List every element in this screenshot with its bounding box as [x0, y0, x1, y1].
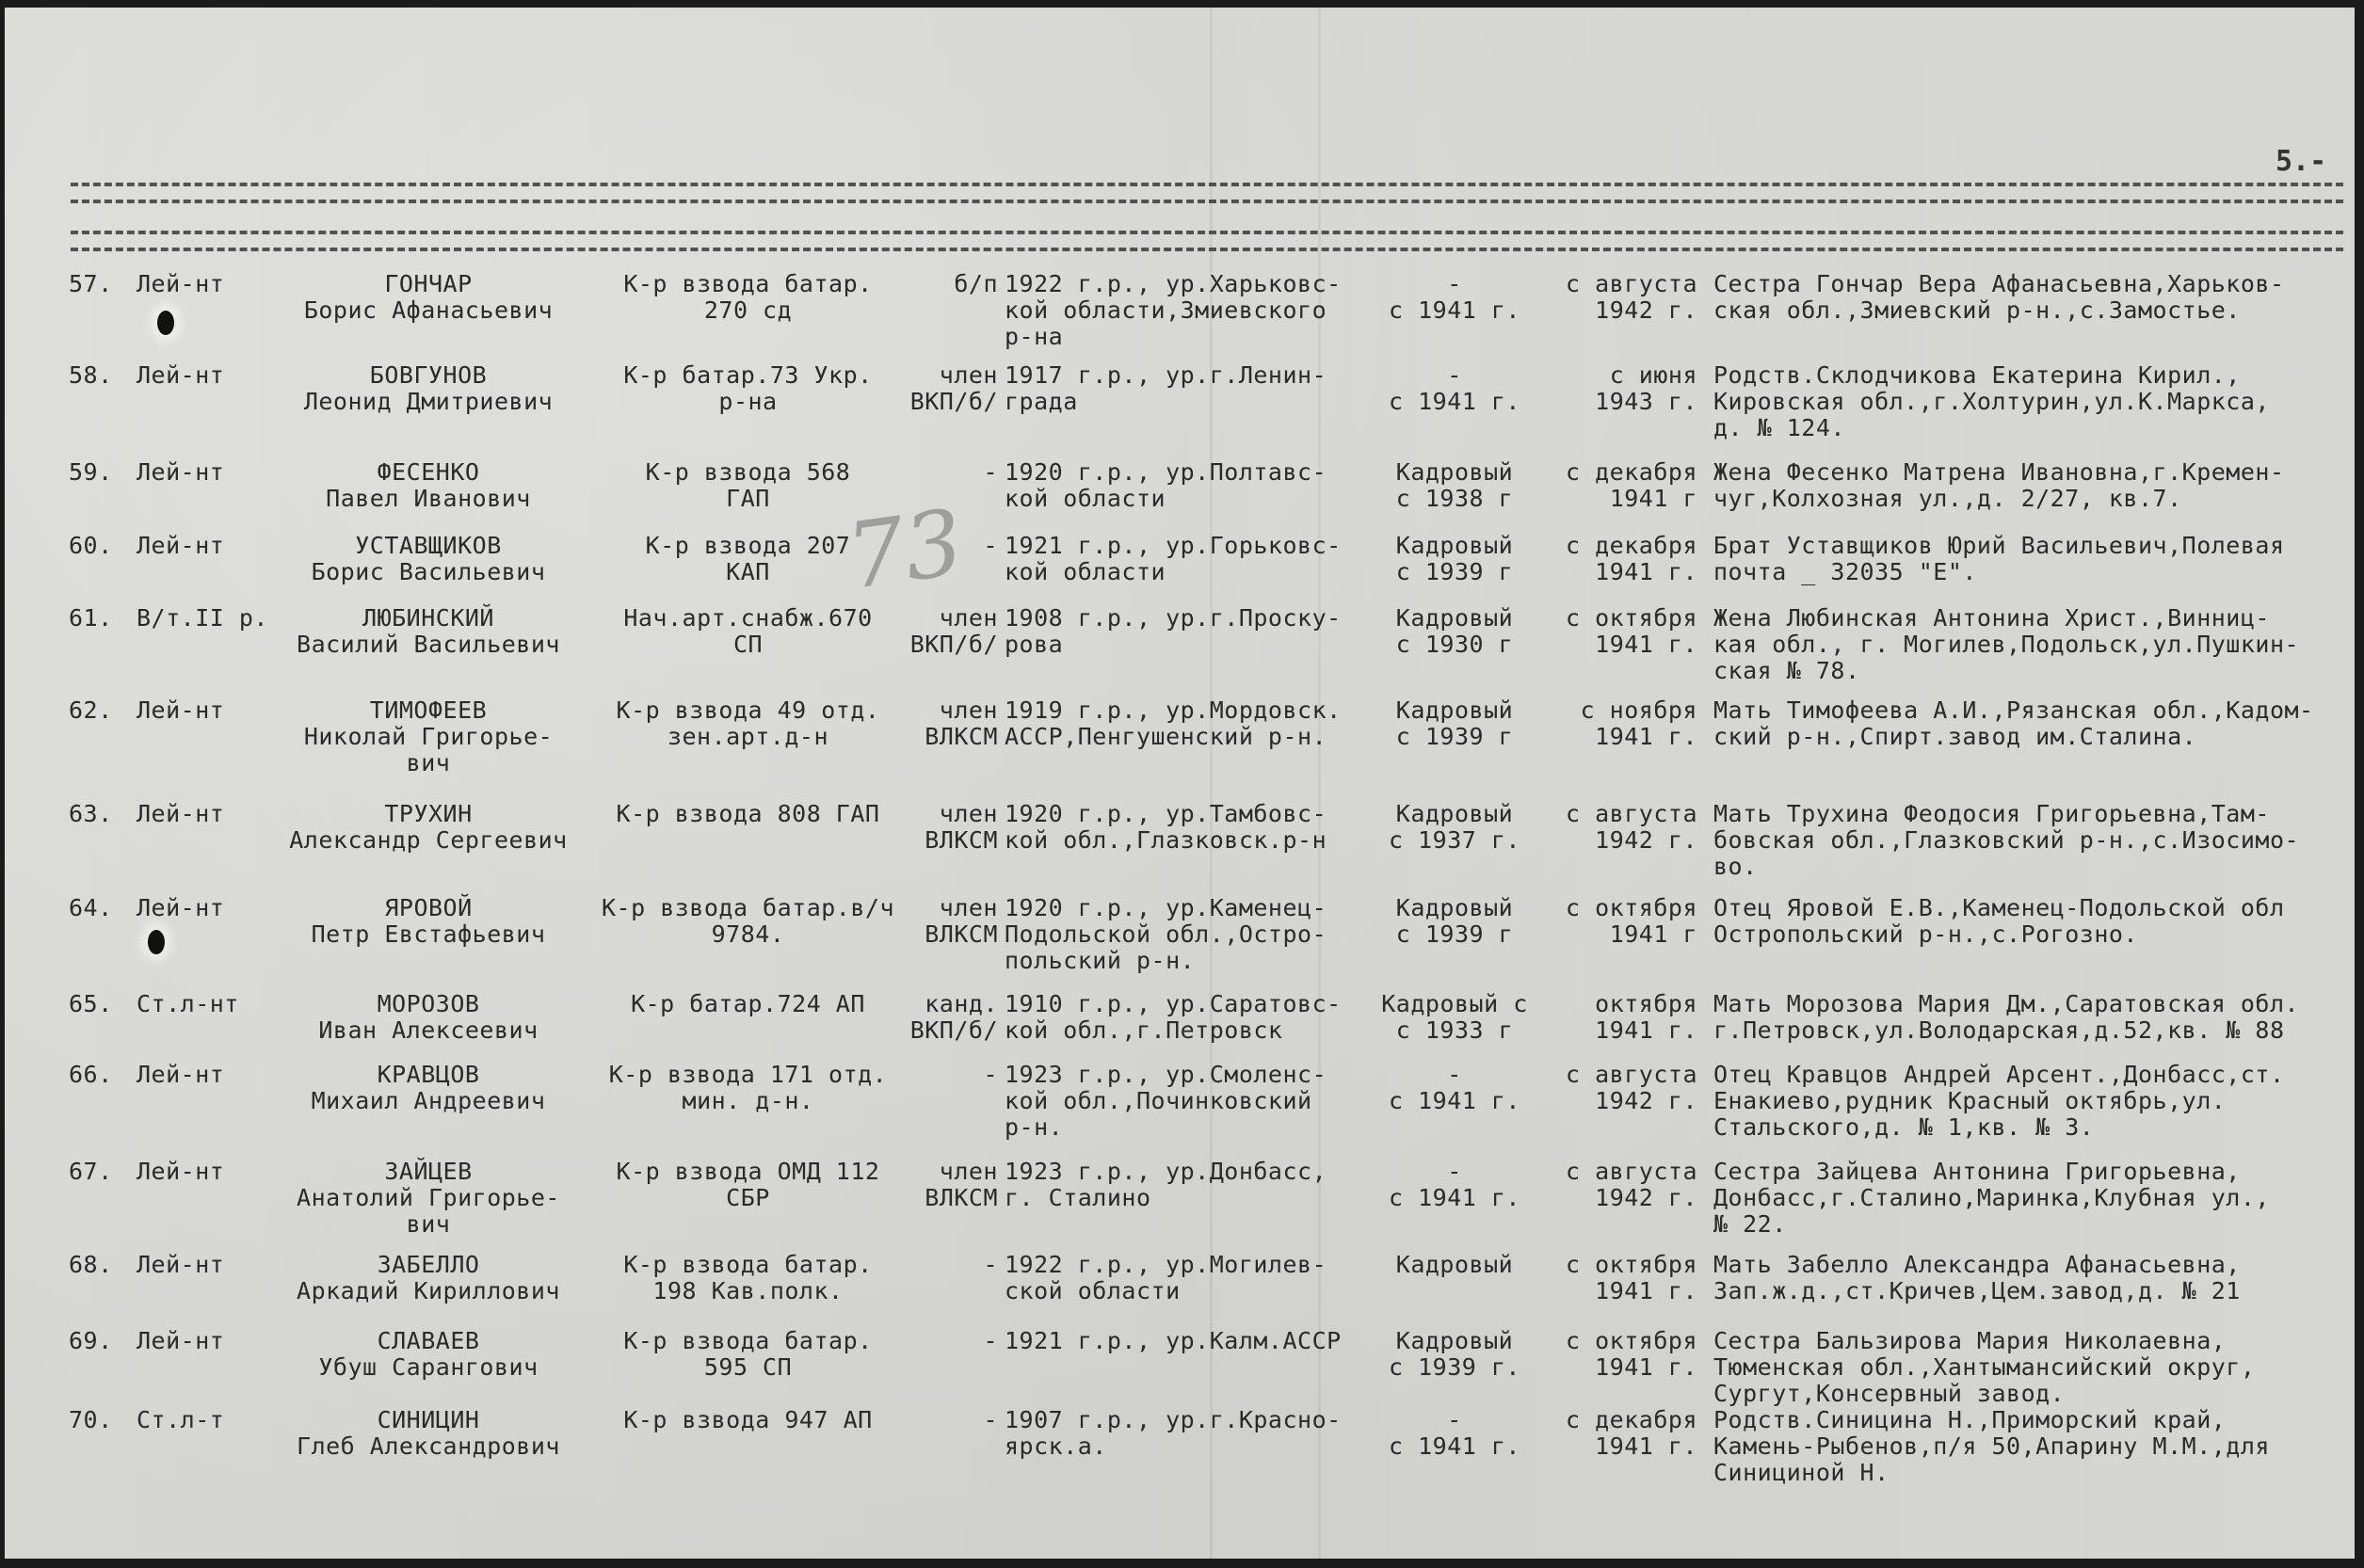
unit: К-р взвода 568ГАП — [590, 459, 906, 512]
given-name-patronymic: Глеб Александрович — [259, 1433, 598, 1460]
birth-info-line: р-на — [1005, 324, 1376, 350]
relatives-address-line: Сестра Гончар Вера Афанасьевна,Харьков- — [1713, 271, 2354, 297]
relatives-address-line: Сестра Зайцева Антонина Григорьевна, — [1713, 1159, 2354, 1185]
front-since-line: 1942 г. — [1537, 1185, 1697, 1211]
birth-info: 1920 г.р., ур.Тамбовс-кой обл.,Глазковск… — [1005, 801, 1376, 854]
rank: Лей-нт — [137, 1252, 224, 1278]
rank: Лей-нт — [137, 801, 224, 827]
relatives-address-line: Мать Трухина Феодосия Григорьевна,Там- — [1713, 801, 2354, 827]
unit-line: К-р взвода 947 АП — [590, 1407, 906, 1433]
birth-info-line: 1923 г.р., ур.Донбасс, — [1005, 1159, 1376, 1185]
cadre-status-line: с 1941 г. — [1379, 1088, 1530, 1114]
cadre-status-line: с 1941 г. — [1379, 297, 1530, 324]
birth-info: 1922 г.р., ур.Могилев-ской области — [1005, 1252, 1376, 1304]
relatives-address-line: Камень-Рыбенов,п/я 50,Апарину М.М.,для — [1713, 1433, 2354, 1460]
birth-info-line: польский р-н. — [1005, 948, 1376, 974]
surname: ТРУХИН — [259, 801, 598, 827]
front-since-line: с октября — [1537, 1328, 1697, 1354]
rank: Лей-нт — [137, 895, 224, 921]
full-name: ЛЮБИНСКИЙВасилий Васильевич — [259, 605, 598, 658]
birth-info: 1919 г.р., ур.Мордовск.АССР,Пенгушенский… — [1005, 697, 1376, 750]
relatives-address-line: Сестра Бальзирова Мария Николаевна, — [1713, 1328, 2354, 1354]
cadre-status-line: Кадровый — [1379, 459, 1530, 486]
relatives-address-line: почта _ 32035 "Е". — [1713, 559, 2354, 585]
given-name-patronymic: Петр Евстафьевич — [259, 921, 598, 948]
front-since: с ноября1941 г. — [1537, 697, 1697, 750]
unit: К-р взвода батар.270 сд — [590, 271, 906, 324]
given-name-patronymic: Аркадий Кириллович — [259, 1278, 598, 1304]
front-since: с октября1941 г — [1537, 895, 1697, 948]
full-name: ЗАБЕЛЛОАркадий Кириллович — [259, 1252, 598, 1304]
party-status: членВКП/б/ — [876, 605, 998, 658]
unit: К-р взвода 808 ГАП — [590, 801, 906, 827]
relatives-address: Жена Фесенко Матрена Ивановна,г.Кремен-ч… — [1713, 459, 2354, 512]
cadre-status-line: - — [1379, 271, 1530, 297]
row-number: 64. — [69, 895, 113, 921]
front-since-line: 1941 г. — [1537, 1433, 1697, 1460]
relatives-address-line: Остропольский р-н.,с.Рогозно. — [1713, 921, 2354, 948]
surname: ЗАБЕЛЛО — [259, 1252, 598, 1278]
given-name-patronymic: Павел Иванович — [259, 486, 598, 512]
birth-info: 1920 г.р., ур.Полтавс-кой области — [1005, 459, 1376, 512]
party-status: - — [876, 459, 998, 486]
given-name-patronymic: Анатолий Григорье- — [259, 1185, 598, 1211]
relatives-address-line: Брат Уставщиков Юрий Васильевич,Полевая — [1713, 533, 2354, 559]
birth-info: 1907 г.р., ур.г.Красно-ярск.а. — [1005, 1407, 1376, 1460]
front-since: с августа1942 г. — [1537, 271, 1697, 324]
birth-info-line: 1907 г.р., ур.г.Красно- — [1005, 1407, 1376, 1433]
party-status-line: ВКП/б/ — [876, 389, 998, 415]
relatives-address-line: Тюменская обл.,Хантымансийский округ, — [1713, 1354, 2354, 1381]
front-since-line: с декабря — [1537, 459, 1697, 486]
given-name-patronymic: Василий Васильевич — [259, 632, 598, 658]
surname: БОВГУНОВ — [259, 362, 598, 389]
cadre-status-line: Кадровый — [1379, 1252, 1530, 1278]
front-since: с августа1942 г. — [1537, 1062, 1697, 1114]
given-name-patronymic: Леонид Дмитриевич — [259, 389, 598, 415]
given-name-patronymic: Борис Васильевич — [259, 559, 598, 585]
cadre-status: Кадровыйс 1939 г — [1379, 697, 1530, 750]
front-since-line: с ноября — [1537, 697, 1697, 724]
unit-line: 595 СП — [590, 1354, 906, 1381]
front-since: с июня1943 г. — [1537, 362, 1697, 415]
surname: ФЕСЕНКО — [259, 459, 598, 486]
cadre-status-line: с 1933 г — [1379, 1017, 1530, 1044]
party-status: канд.ВКП/б/ — [876, 991, 998, 1044]
unit: К-р взвода 49 отд.зен.арт.д-н — [590, 697, 906, 750]
unit: К-р взвода батар.595 СП — [590, 1328, 906, 1381]
full-name: СИНИЦИНГлеб Александрович — [259, 1407, 598, 1460]
unit-line: Нач.арт.снабж.670 — [590, 605, 906, 632]
relatives-address-line: Жена Любинская Антонина Христ.,Винниц- — [1713, 605, 2354, 632]
given-name-patronymic: вич — [259, 750, 598, 776]
row-number: 69. — [69, 1328, 113, 1354]
party-status-line: член — [876, 362, 998, 389]
full-name: ТИМОФЕЕВНиколай Григорье-вич — [259, 697, 598, 776]
cadre-status-line: с 1941 г. — [1379, 1433, 1530, 1460]
given-name-patronymic: Убуш Сарангович — [259, 1354, 598, 1381]
birth-info-line: кой области,Змиевского — [1005, 297, 1376, 324]
unit: Нач.арт.снабж.670СП — [590, 605, 906, 658]
front-since-line: с декабря — [1537, 533, 1697, 559]
party-status-line: б/п — [876, 271, 998, 297]
relatives-address: Родств.Склодчикова Екатерина Кирил.,Киро… — [1713, 362, 2354, 441]
birth-info-line: 1920 г.р., ур.Полтавс- — [1005, 459, 1376, 486]
party-status-line: - — [876, 1407, 998, 1433]
row-number: 59. — [69, 459, 113, 486]
birth-info: 1908 г.р., ур.г.Проску-рова — [1005, 605, 1376, 658]
birth-info-line: кой обл.,г.Петровск — [1005, 1017, 1376, 1044]
surname: ЛЮБИНСКИЙ — [259, 605, 598, 632]
rank: Лей-нт — [137, 362, 224, 389]
relatives-address-line: Родств.Склодчикова Екатерина Кирил., — [1713, 362, 2354, 389]
unit-line: К-р батар.73 Укр. — [590, 362, 906, 389]
party-status-line: ВЛКСМ — [876, 724, 998, 750]
cadre-status-line: с 1939 г — [1379, 724, 1530, 750]
cadre-status-line: Кадровый с — [1379, 991, 1530, 1017]
front-since-line: 1942 г. — [1537, 1088, 1697, 1114]
unit-line: К-р взвода батар.в/ч — [590, 895, 906, 921]
birth-info-line: р-н. — [1005, 1114, 1376, 1141]
birth-info-line: 1919 г.р., ур.Мордовск. — [1005, 697, 1376, 724]
front-since-line: 1942 г. — [1537, 297, 1697, 324]
birth-info-line: 1908 г.р., ур.г.Проску- — [1005, 605, 1376, 632]
unit-line: ГАП — [590, 486, 906, 512]
unit-line: К-р батар.724 АП — [590, 991, 906, 1017]
relatives-address-line: бовская обл.,Глазковский р-н.,с.Изосимо- — [1713, 827, 2354, 854]
cadre-status-line: с 1937 г. — [1379, 827, 1530, 854]
front-since: с октября1941 г. — [1537, 605, 1697, 658]
surname: ЗАЙЦЕВ — [259, 1159, 598, 1185]
cadre-status-line: - — [1379, 1159, 1530, 1185]
birth-info-line: 1920 г.р., ур.Тамбовс- — [1005, 801, 1376, 827]
row-number: 66. — [69, 1062, 113, 1088]
relatives-address: Сестра Бальзирова Мария Николаевна,Тюмен… — [1713, 1328, 2354, 1407]
birth-info-line: 1922 г.р., ур.Харьковс- — [1005, 271, 1376, 297]
front-since-line: 1942 г. — [1537, 827, 1697, 854]
birth-info-line: рова — [1005, 632, 1376, 658]
party-status: б/п — [876, 271, 998, 297]
row-number: 58. — [69, 362, 113, 389]
birth-info-line: 1922 г.р., ур.Могилев- — [1005, 1252, 1376, 1278]
cadre-status-line: с 1941 г. — [1379, 1185, 1530, 1211]
header-divider — [71, 231, 2343, 251]
birth-info: 1920 г.р., ур.Каменец-Подольской обл.,Ос… — [1005, 895, 1376, 974]
cadre-status-line: - — [1379, 1407, 1530, 1433]
unit-line: мин. д-н. — [590, 1088, 906, 1114]
relatives-address-line: Отец Кравцов Андрей Арсент.,Донбасс,ст. — [1713, 1062, 2354, 1088]
unit: К-р батар.73 Укр.р-на — [590, 362, 906, 415]
unit-line: К-р взвода 207 — [590, 533, 906, 559]
front-since: с декабря1941 г. — [1537, 1407, 1697, 1460]
front-since-line: октября — [1537, 991, 1697, 1017]
front-since-line: с августа — [1537, 1062, 1697, 1088]
cadre-status: Кадровый сс 1933 г — [1379, 991, 1530, 1044]
cadre-status: Кадровыйс 1939 г — [1379, 533, 1530, 585]
front-since-line: с октября — [1537, 895, 1697, 921]
row-number: 61. — [69, 605, 113, 632]
unit-line: К-р взвода батар. — [590, 1252, 906, 1278]
front-since: октября1941 г. — [1537, 991, 1697, 1044]
unit-line: р-на — [590, 389, 906, 415]
surname: ТИМОФЕЕВ — [259, 697, 598, 724]
surname: МОРОЗОВ — [259, 991, 598, 1017]
unit-line: СБР — [590, 1185, 906, 1211]
birth-info-line: 1923 г.р., ур.Смоленс- — [1005, 1062, 1376, 1088]
unit: К-р батар.724 АП — [590, 991, 906, 1017]
party-status-line: ВКП/б/ — [876, 1017, 998, 1044]
birth-info: 1917 г.р., ур.г.Ленин-града — [1005, 362, 1376, 415]
party-status: членВЛКСМ — [876, 697, 998, 750]
relatives-address: Отец Кравцов Андрей Арсент.,Донбасс,ст.Е… — [1713, 1062, 2354, 1141]
relatives-address-line: № 22. — [1713, 1211, 2354, 1238]
cadre-status-line: Кадровый — [1379, 697, 1530, 724]
relatives-address: Сестра Зайцева Антонина Григорьевна,Донб… — [1713, 1159, 2354, 1238]
full-name: ЯРОВОЙПетр Евстафьевич — [259, 895, 598, 948]
birth-info-line: АССР,Пенгушенский р-н. — [1005, 724, 1376, 750]
relatives-address-line: Мать Забелло Александра Афанасьевна, — [1713, 1252, 2354, 1278]
cadre-status-line: с 1938 г — [1379, 486, 1530, 512]
row-number: 68. — [69, 1252, 113, 1278]
relatives-address: Отец Яровой Е.В.,Каменец-Подольской облО… — [1713, 895, 2354, 948]
party-status: членВЛКСМ — [876, 895, 998, 948]
rank: Лей-нт — [137, 697, 224, 724]
unit-line: СП — [590, 632, 906, 658]
birth-info-line: 1921 г.р., ур.Горьковс- — [1005, 533, 1376, 559]
relatives-address: Мать Тимофеева А.И.,Рязанская обл.,Кадом… — [1713, 697, 2354, 750]
front-since-line: с октября — [1537, 1252, 1697, 1278]
given-name-patronymic: вич — [259, 1211, 598, 1238]
cadre-status: Кадровыйс 1939 г. — [1379, 1328, 1530, 1381]
surname: СИНИЦИН — [259, 1407, 598, 1433]
front-since-line: с августа — [1537, 271, 1697, 297]
front-since: с октября1941 г. — [1537, 1328, 1697, 1381]
row-number: 60. — [69, 533, 113, 559]
relatives-address-line: ский р-н.,Спирт.завод им.Сталина. — [1713, 724, 2354, 750]
party-status-line: ВКП/б/ — [876, 632, 998, 658]
relatives-address-line: во. — [1713, 854, 2354, 880]
relatives-address-line: Стальского,д. № 1,кв. № 3. — [1713, 1114, 2354, 1141]
party-status-line: ВЛКСМ — [876, 1185, 998, 1211]
given-name-patronymic: Михаил Андреевич — [259, 1088, 598, 1114]
unit-line: К-р взвода ОМД 112 — [590, 1159, 906, 1185]
relatives-address: Жена Любинская Антонина Христ.,Винниц-ка… — [1713, 605, 2354, 684]
page-number: 5.- — [2276, 145, 2326, 178]
unit-line: К-р взвода 49 отд. — [590, 697, 906, 724]
cadre-status-line: Кадровый — [1379, 533, 1530, 559]
birth-info: 1921 г.р., ур.Горьковс-кой области — [1005, 533, 1376, 585]
birth-info-line: кой обл.,Глазковск.р-н — [1005, 827, 1376, 854]
relatives-address: Мать Трухина Феодосия Григорьевна,Там-бо… — [1713, 801, 2354, 880]
rank: Лей-нт — [137, 1328, 224, 1354]
row-number: 67. — [69, 1159, 113, 1185]
relatives-address-line: Мать Тимофеева А.И.,Рязанская обл.,Кадом… — [1713, 697, 2354, 724]
unit: К-р взвода 171 отд.мин. д-н. — [590, 1062, 906, 1114]
document-page: 5.- 73 57.Лей-нтК-р взвода батар.270 сдб… — [5, 8, 2355, 1559]
unit: К-р взвода батар.в/ч9784. — [590, 895, 906, 948]
front-since-line: 1941 г. — [1537, 1354, 1697, 1381]
unit-line: К-р взвода батар. — [590, 1328, 906, 1354]
party-status-line: - — [876, 1328, 998, 1354]
surname: ЯРОВОЙ — [259, 895, 598, 921]
row-number: 62. — [69, 697, 113, 724]
relatives-address-line: г.Петровск,ул.Володарская,д.52,кв. № 88 — [1713, 1017, 2354, 1044]
rank: Лей-нт — [137, 459, 224, 486]
front-since-line: 1941 г. — [1537, 632, 1697, 658]
unit-line: К-р взвода батар. — [590, 271, 906, 297]
unit-line: 198 Кав.полк. — [590, 1278, 906, 1304]
birth-info: 1922 г.р., ур.Харьковс-кой области,Змиев… — [1005, 271, 1376, 350]
party-status-line: - — [876, 1252, 998, 1278]
rank: Лей-нт — [137, 271, 224, 297]
front-since-line: 1943 г. — [1537, 389, 1697, 415]
birth-info-line: кой области — [1005, 559, 1376, 585]
surname: СЛАВАЕВ — [259, 1328, 598, 1354]
birth-info: 1923 г.р., ур.Смоленс-кой обл.,Починковс… — [1005, 1062, 1376, 1141]
cadre-status-line: Кадровый — [1379, 605, 1530, 632]
birth-info: 1921 г.р., ур.Калм.АССР — [1005, 1328, 1376, 1354]
relatives-address-line: ская № 78. — [1713, 658, 2354, 684]
relatives-address-line: чуг,Колхозная ул.,д. 2/27, кв.7. — [1713, 486, 2354, 512]
unit-line: К-р взвода 171 отд. — [590, 1062, 906, 1088]
full-name: ФЕСЕНКОПавел Иванович — [259, 459, 598, 512]
unit: К-р взвода ОМД 112СБР — [590, 1159, 906, 1211]
birth-info-line: г. Сталино — [1005, 1185, 1376, 1211]
party-status: - — [876, 1328, 998, 1354]
cadre-status: Кадровыйс 1939 г — [1379, 895, 1530, 948]
front-since-line: 1941 г. — [1537, 559, 1697, 585]
front-since: с декабря1941 г. — [1537, 533, 1697, 585]
front-since-line: с декабря — [1537, 1407, 1697, 1433]
cadre-status: Кадровыйс 1930 г — [1379, 605, 1530, 658]
given-name-patronymic: Иван Алексеевич — [259, 1017, 598, 1044]
front-since-line: 1941 г — [1537, 921, 1697, 948]
cadre-status: -с 1941 г. — [1379, 1159, 1530, 1211]
cadre-status-line: Кадровый — [1379, 801, 1530, 827]
birth-info: 1923 г.р., ур.Донбасс,г. Сталино — [1005, 1159, 1376, 1211]
party-status-line: член — [876, 895, 998, 921]
rank: Лей-нт — [137, 1062, 224, 1088]
full-name: ТРУХИНАлександр Сергеевич — [259, 801, 598, 854]
relatives-address-line: Донбасс,г.Сталино,Маринка,Клубная ул., — [1713, 1185, 2354, 1211]
party-status-line: - — [876, 1062, 998, 1088]
rank: Ст.л-т — [137, 1407, 224, 1433]
party-status-line: ВЛКСМ — [876, 921, 998, 948]
relatives-address-line: Зап.ж.д.,ст.Кричев,Цем.завод,д. № 21 — [1713, 1278, 2354, 1304]
birth-info-line: града — [1005, 389, 1376, 415]
full-name: УСТАВЩИКОВБорис Васильевич — [259, 533, 598, 585]
party-status: - — [876, 1062, 998, 1088]
given-name-patronymic: Борис Афанасьевич — [259, 297, 598, 324]
relatives-address-line: Синициной Н. — [1713, 1460, 2354, 1486]
birth-info-line: Подольской обл.,Остро- — [1005, 921, 1376, 948]
front-since-line: с августа — [1537, 1159, 1697, 1185]
relatives-address: Родств.Синицина Н.,Приморский край,Камен… — [1713, 1407, 2354, 1486]
cadre-status-line: с 1939 г. — [1379, 1354, 1530, 1381]
row-number: 70. — [69, 1407, 113, 1433]
front-since: с августа1942 г. — [1537, 1159, 1697, 1211]
front-since: с августа1942 г. — [1537, 801, 1697, 854]
party-status-line: член — [876, 1159, 998, 1185]
front-since-line: 1941 г — [1537, 486, 1697, 512]
cadre-status: -с 1941 г. — [1379, 1407, 1530, 1460]
relatives-address-line: Мать Морозова Мария Дм.,Саратовская обл. — [1713, 991, 2354, 1017]
party-status: членВЛКСМ — [876, 1159, 998, 1211]
unit-line: зен.арт.д-н — [590, 724, 906, 750]
cadre-status-line: Кадровый — [1379, 1328, 1530, 1354]
party-status-line: член — [876, 801, 998, 827]
relatives-address: Сестра Гончар Вера Афанасьевна,Харьков-с… — [1713, 271, 2354, 324]
cadre-status-line: с 1941 г. — [1379, 389, 1530, 415]
front-since: с октября1941 г. — [1537, 1252, 1697, 1304]
party-status-line: член — [876, 697, 998, 724]
relatives-address-line: ская обл.,Змиевский р-н.,с.Замостье. — [1713, 297, 2354, 324]
relatives-address-line: Сургут,Консервный завод. — [1713, 1381, 2354, 1407]
surname: КРАВЦОВ — [259, 1062, 598, 1088]
rank: В/т.II р. — [137, 605, 268, 632]
cadre-status: Кадровыйс 1937 г. — [1379, 801, 1530, 854]
row-number: 63. — [69, 801, 113, 827]
given-name-patronymic: Николай Григорье- — [259, 724, 598, 750]
surname: УСТАВЩИКОВ — [259, 533, 598, 559]
cadre-status: -с 1941 г. — [1379, 362, 1530, 415]
cadre-status-line: с 1939 г — [1379, 559, 1530, 585]
rank: Лей-нт — [137, 533, 224, 559]
full-name: КРАВЦОВМихаил Андреевич — [259, 1062, 598, 1114]
cadre-status-line: - — [1379, 362, 1530, 389]
full-name: БОВГУНОВЛеонид Дмитриевич — [259, 362, 598, 415]
front-since-line: 1941 г. — [1537, 724, 1697, 750]
front-since-line: с августа — [1537, 801, 1697, 827]
unit-line: К-р взвода 568 — [590, 459, 906, 486]
relatives-address: Мать Забелло Александра Афанасьевна,Зап.… — [1713, 1252, 2354, 1304]
row-number: 57. — [69, 271, 113, 297]
rank: Лей-нт — [137, 1159, 224, 1185]
unit: К-р взвода батар.198 Кав.полк. — [590, 1252, 906, 1304]
cadre-status: Кадровый — [1379, 1252, 1530, 1278]
row-number: 65. — [69, 991, 113, 1017]
front-since-line: 1941 г. — [1537, 1278, 1697, 1304]
party-status-line: канд. — [876, 991, 998, 1017]
punch-hole — [157, 311, 174, 335]
relatives-address: Брат Уставщиков Юрий Васильевич,Полеваяп… — [1713, 533, 2354, 585]
party-status: - — [876, 1407, 998, 1433]
unit-line: К-р взвода 808 ГАП — [590, 801, 906, 827]
full-name: МОРОЗОВИван Алексеевич — [259, 991, 598, 1044]
party-status-line: - — [876, 459, 998, 486]
unit: К-р взвода 207КАП — [590, 533, 906, 585]
party-status: членВКП/б/ — [876, 362, 998, 415]
cadre-status-line: Кадровый — [1379, 895, 1530, 921]
front-since-line: с октября — [1537, 605, 1697, 632]
full-name: ГОНЧАРБорис Афанасьевич — [259, 271, 598, 324]
relatives-address-line: д. № 124. — [1713, 415, 2354, 441]
relatives-address-line: Жена Фесенко Матрена Ивановна,г.Кремен- — [1713, 459, 2354, 486]
party-status: - — [876, 1252, 998, 1278]
birth-info-line: 1920 г.р., ур.Каменец- — [1005, 895, 1376, 921]
punch-hole — [148, 930, 165, 954]
relatives-address-line: Кировская обл.,г.Холтурин,ул.К.Маркса, — [1713, 389, 2354, 415]
cadre-status: -с 1941 г. — [1379, 271, 1530, 324]
cadre-status-line: с 1939 г — [1379, 921, 1530, 948]
rank: Ст.л-нт — [137, 991, 239, 1017]
birth-info: 1910 г.р., ур.Саратовс-кой обл.,г.Петров… — [1005, 991, 1376, 1044]
front-since-line: 1941 г. — [1537, 1017, 1697, 1044]
given-name-patronymic: Александр Сергеевич — [259, 827, 598, 854]
full-name: СЛАВАЕВУбуш Сарангович — [259, 1328, 598, 1381]
birth-info-line: 1910 г.р., ур.Саратовс- — [1005, 991, 1376, 1017]
party-status-line: ВЛКСМ — [876, 827, 998, 854]
